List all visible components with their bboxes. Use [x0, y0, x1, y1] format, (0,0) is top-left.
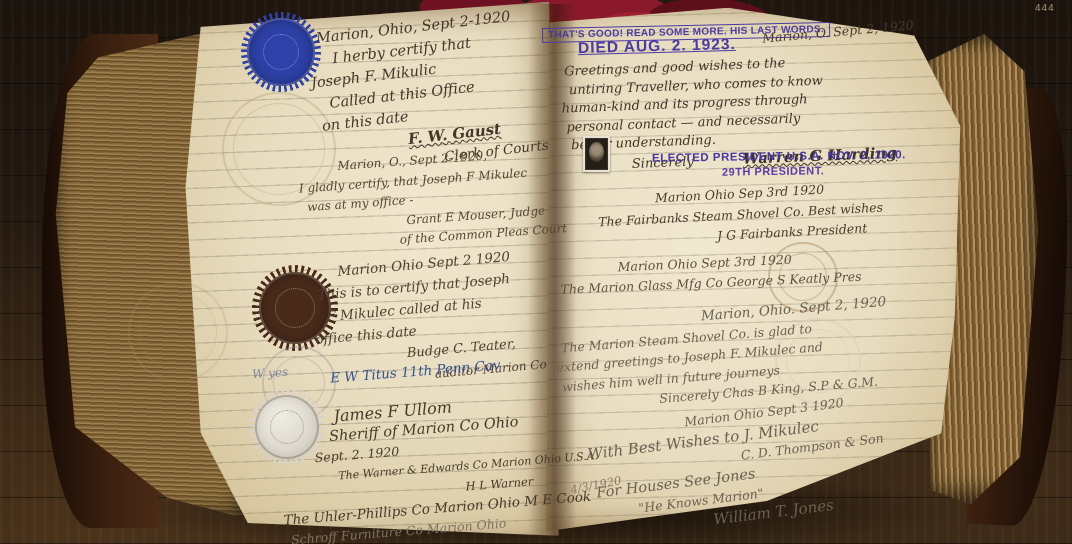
sheriff-entry: James F Ullom Sheriff of Marion Co Ohio … — [291, 386, 601, 544]
blue-notation: W yes — [252, 365, 289, 381]
harding-postage-stamp — [583, 136, 610, 172]
twentyninth-president-stamp: 29TH PRESIDENT. — [722, 165, 824, 178]
page-number: 444 — [1035, 3, 1055, 14]
judge-certificate-entry: Marion, O., Sept 2-1920, I gladly certif… — [292, 140, 583, 257]
postage-stamp-frame — [585, 138, 608, 170]
postage-stamp-portrait — [589, 142, 604, 162]
photo-open-autograph-book: Marion, Ohio, Sept 2-1920 I herby certif… — [0, 0, 1072, 544]
embossed-seal-faint — [128, 282, 228, 382]
